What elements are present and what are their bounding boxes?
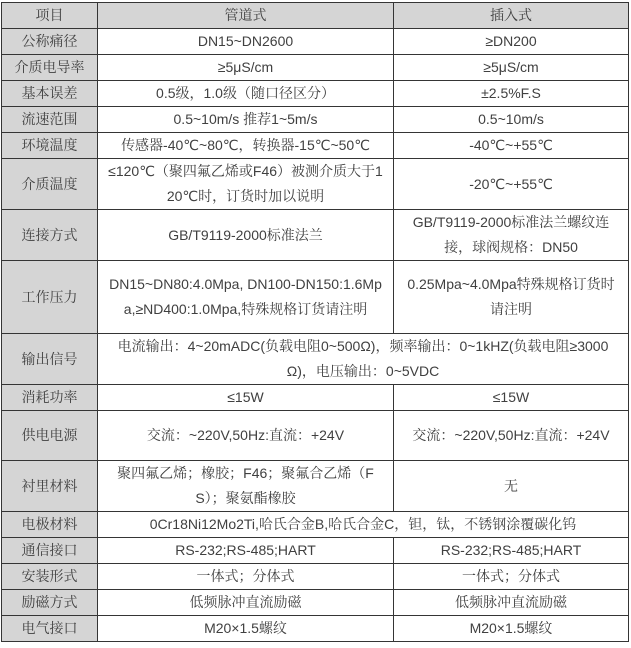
table-row: 消耗功率 ≤15W ≤15W xyxy=(2,385,629,411)
row-label: 衬里材料 xyxy=(2,461,98,512)
table-row: 电极材料 0Cr18Ni12Mo2Ti,哈氏合金B,哈氏合金C，钽，钛，不锈钢涂… xyxy=(2,512,629,538)
row-label: 消耗功率 xyxy=(2,385,98,411)
row-label: 基本误差 xyxy=(2,81,98,107)
cell-insert: 交流：~220V,50Hz:直流：+24V xyxy=(394,411,629,461)
cell-pipe: M20×1.5螺纹 xyxy=(98,616,394,642)
spec-table: 项目 管道式 插入式 公称痛径 DN15~DN2600 ≥DN200 介质电导率… xyxy=(1,2,629,642)
table-row: 输出信号 电流输出：4~20mADC(负载电阻0~500Ω)，频率输出：0~1k… xyxy=(2,334,629,385)
cell-pipe: GB/T9119-2000标准法兰 xyxy=(98,210,394,261)
cell-insert: 低频脉冲直流励磁 xyxy=(394,590,629,616)
header-pipe-label: 管道式 xyxy=(98,3,394,29)
table-row: 通信接口 RS-232;RS-485;HART RS-232;RS-485;HA… xyxy=(2,538,629,564)
cell-pipe: DN15~DN80:4.0Mpa, DN100-DN150:1.6Mpa,≥ND… xyxy=(98,261,394,334)
cell-pipe: RS-232;RS-485;HART xyxy=(98,538,394,564)
cell-insert: -40℃~+55℃ xyxy=(394,133,629,159)
row-label: 通信接口 xyxy=(2,538,98,564)
row-label: 公称痛径 xyxy=(2,29,98,55)
table-row: 流速范围 0.5~10m/s 推荐1~5m/s 0.5~10m/s xyxy=(2,107,629,133)
row-label: 环境温度 xyxy=(2,133,98,159)
cell-insert: 一体式；分体式 xyxy=(394,564,629,590)
row-label: 电极材料 xyxy=(2,512,98,538)
cell-pipe: ≥5μS/cm xyxy=(98,55,394,81)
cell-pipe: 低频脉冲直流励磁 xyxy=(98,590,394,616)
row-label: 介质温度 xyxy=(2,159,98,210)
cell-insert: -20℃~+55℃ xyxy=(394,159,629,210)
table-row: 工作压力 DN15~DN80:4.0Mpa, DN100-DN150:1.6Mp… xyxy=(2,261,629,334)
cell-pipe: ≤120℃（聚四氟乙烯或F46）被测介质大于120℃时，订货时加以说明 xyxy=(98,159,394,210)
row-label: 工作压力 xyxy=(2,261,98,334)
table-row: 安装形式 一体式；分体式 一体式；分体式 xyxy=(2,564,629,590)
cell-pipe: 聚四氟乙烯；橡胶；F46；聚氟合乙烯（FS）；聚氨酯橡胶 xyxy=(98,461,394,512)
header-insert-label: 插入式 xyxy=(394,3,629,29)
table-row: 衬里材料 聚四氟乙烯；橡胶；F46；聚氟合乙烯（FS）；聚氨酯橡胶 无 xyxy=(2,461,629,512)
cell-insert: 无 xyxy=(394,461,629,512)
row-label: 流速范围 xyxy=(2,107,98,133)
table-row: 公称痛径 DN15~DN2600 ≥DN200 xyxy=(2,29,629,55)
cell-insert: RS-232;RS-485;HART xyxy=(394,538,629,564)
row-label: 电气接口 xyxy=(2,616,98,642)
table-row: 电气接口 M20×1.5螺纹 M20×1.5螺纹 xyxy=(2,616,629,642)
cell-pipe: DN15~DN2600 xyxy=(98,29,394,55)
row-label: 连接方式 xyxy=(2,210,98,261)
header-item-label: 项目 xyxy=(2,3,98,29)
table-row: 励磁方式 低频脉冲直流励磁 低频脉冲直流励磁 xyxy=(2,590,629,616)
cell-span: 0Cr18Ni12Mo2Ti,哈氏合金B,哈氏合金C，钽，钛，不锈钢涂覆碳化钨 xyxy=(98,512,629,538)
cell-insert: 0.25Mpa~4.0Mpa特殊规格订货时请注明 xyxy=(394,261,629,334)
row-label: 输出信号 xyxy=(2,334,98,385)
row-label: 励磁方式 xyxy=(2,590,98,616)
cell-insert: ≥DN200 xyxy=(394,29,629,55)
cell-pipe: 交流：~220V,50Hz:直流：+24V xyxy=(98,411,394,461)
row-label: 安装形式 xyxy=(2,564,98,590)
cell-pipe: 传感器-40℃~80℃，转换器-15℃~50℃ xyxy=(98,133,394,159)
cell-span: 电流输出：4~20mADC(负载电阻0~500Ω)，频率输出：0~1kHZ(负载… xyxy=(98,334,629,385)
header-row: 项目 管道式 插入式 xyxy=(2,3,629,29)
cell-insert: ±2.5%F.S xyxy=(394,81,629,107)
cell-insert: ≤15W xyxy=(394,385,629,411)
table-row: 连接方式 GB/T9119-2000标准法兰 GB/T9119-2000标准法兰… xyxy=(2,210,629,261)
cell-insert: M20×1.5螺纹 xyxy=(394,616,629,642)
table-row: 基本误差 0.5级，1.0级（随口径区分） ±2.5%F.S xyxy=(2,81,629,107)
cell-pipe: ≤15W xyxy=(98,385,394,411)
row-label: 介质电导率 xyxy=(2,55,98,81)
table-row: 介质温度 ≤120℃（聚四氟乙烯或F46）被测介质大于120℃时，订货时加以说明… xyxy=(2,159,629,210)
row-label: 供电电源 xyxy=(2,411,98,461)
cell-insert: ≥5μS/cm xyxy=(394,55,629,81)
cell-pipe: 0.5~10m/s 推荐1~5m/s xyxy=(98,107,394,133)
cell-insert: 0.5~10m/s xyxy=(394,107,629,133)
table-row: 介质电导率 ≥5μS/cm ≥5μS/cm xyxy=(2,55,629,81)
table-row: 环境温度 传感器-40℃~80℃，转换器-15℃~50℃ -40℃~+55℃ xyxy=(2,133,629,159)
cell-pipe: 一体式；分体式 xyxy=(98,564,394,590)
cell-pipe: 0.5级，1.0级（随口径区分） xyxy=(98,81,394,107)
cell-insert: GB/T9119-2000标准法兰螺纹连接，球阀规格：DN50 xyxy=(394,210,629,261)
table-row: 供电电源 交流：~220V,50Hz:直流：+24V 交流：~220V,50Hz… xyxy=(2,411,629,461)
